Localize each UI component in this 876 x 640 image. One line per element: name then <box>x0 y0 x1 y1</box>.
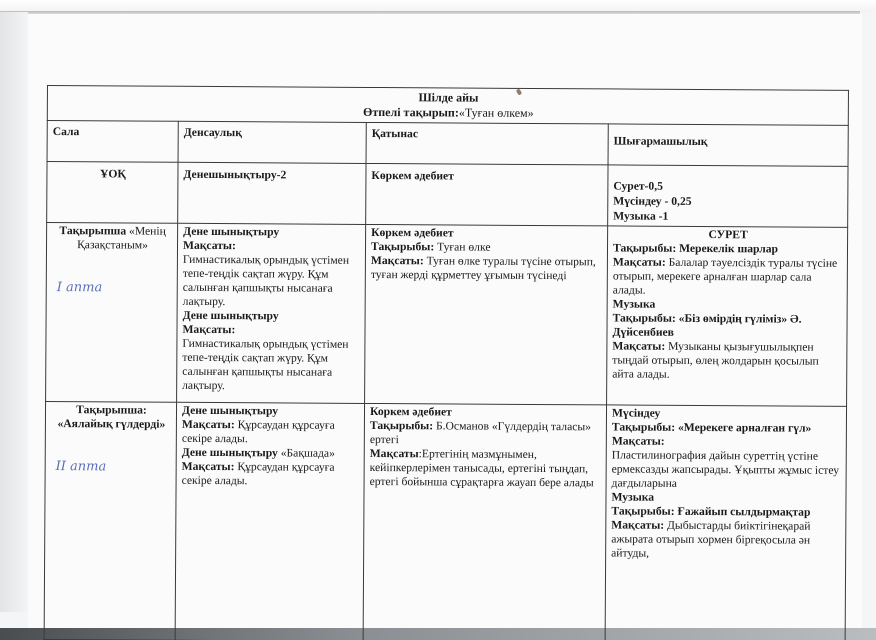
activity-title: Дене шынықтыру <box>183 225 361 240</box>
topic-label: Тақырыбы: <box>612 420 675 433</box>
goal-label: Мақсаты: <box>183 239 361 254</box>
table-title: Шілде айы Өтпелі тақырып:«Туған өлкем» <box>47 86 848 126</box>
health-cell: Дене шынықтыру Мақсаты: Құрсаудан құрсау… <box>175 402 364 640</box>
music-title: Музыка <box>613 297 843 312</box>
music-title: Музыка <box>611 490 841 505</box>
goal-text: Гимнастикалық орындық үстімен тепе-теңді… <box>182 337 360 394</box>
topic-text: Туған өлке <box>434 240 490 253</box>
plan-sheet: Шілде айы Өтпелі тақырып:«Туған өлкем» С… <box>44 85 848 640</box>
topic-value: «Аялайық гүлдерді» <box>51 417 172 432</box>
topic-label: Тақырыбы: <box>613 311 676 324</box>
goal-label: Мақсаты: <box>182 418 235 431</box>
topic-label: Тақырыбы: <box>613 241 676 254</box>
topic-text: «Мерекеге арналған гүл» <box>675 421 811 435</box>
uok-sculpting: Мүсіндеу - 0,25 <box>613 193 843 209</box>
header-row: Сала Денсаулық Қатынас Шығармашылық <box>47 121 848 167</box>
title-row: Шілде айы Өтпелі тақырып:«Туған өлкем» <box>47 86 848 126</box>
communication-cell: Көркем әдебиет Тақырыбы: Туған өлке Мақс… <box>365 224 608 404</box>
header-health: Денсаулық <box>178 121 366 163</box>
topic-label: Тақырыбы: <box>371 240 434 253</box>
activity-title: Дене шынықтыру <box>182 404 360 419</box>
uok-creativity: Сурет-0,5 Мүсіндеу - 0,25 Музыка -1 <box>608 165 848 227</box>
topic-label: Тақырыбы: <box>370 419 433 432</box>
activity-heading: СУРЕТ <box>613 227 843 242</box>
table-row: Тақырыпша «Менің Қазақстаным» I апта Ден… <box>46 223 848 407</box>
weekly-plan-table: Шілде айы Өтпелі тақырып:«Туған өлкем» С… <box>44 85 849 640</box>
goal-label: Мақсаты: <box>182 323 360 338</box>
activity-title: Дене шынықтыру <box>183 309 361 324</box>
topic-text: Мерекелік шарлар <box>676 242 778 256</box>
uok-music: Музыка -1 <box>613 208 843 224</box>
goal-label: Мақсаты: <box>371 254 424 267</box>
uok-label: ҰОҚ <box>47 162 178 224</box>
topic-label: Тақырыпша: <box>51 403 172 418</box>
creativity-cell: Мүсіндеу Тақырыбы: «Мерекеге арналған гү… <box>605 405 846 640</box>
goal-text: Пластилинография дайын суреттің үстіне е… <box>612 448 842 491</box>
theme-label: Өтпелі тақырып: <box>363 105 459 120</box>
topic-label: Тақырыпша <box>59 224 126 237</box>
handwritten-week-note: II апта <box>56 460 107 474</box>
goal-label: Мақсаты: <box>612 339 665 352</box>
uok-communication: Көркем әдебиет <box>366 163 608 225</box>
activity-subtitle: «Бақшада» <box>278 446 335 459</box>
topic-label: Тақырыбы: <box>611 504 674 517</box>
header-area: Сала <box>47 121 178 163</box>
uok-health: Денешынықтыру-2 <box>178 162 366 224</box>
scan-left-edge <box>0 12 28 612</box>
creativity-cell: СУРЕТ Тақырыбы: Мерекелік шарлар Мақсаты… <box>607 226 848 406</box>
activity-heading: Мүсіндеу <box>612 406 842 421</box>
goal-label: Мақсаты: <box>613 255 666 268</box>
goal-label: Мақсаты: <box>182 460 235 473</box>
goal-label: Мақсаты: <box>611 518 664 531</box>
header-communication: Қатынас <box>366 122 608 164</box>
goal-label: Мақсаты <box>370 447 419 460</box>
health-cell: Дене шынықтыру Мақсаты: Гимнастикалық ор… <box>177 223 366 403</box>
theme-value: «Туған өлкем» <box>459 106 534 120</box>
table-row: Тақырыпша: «Аялайық гүлдерді» II апта Де… <box>44 401 846 640</box>
header-creativity: Шығармашылық <box>608 124 848 166</box>
activity-title: Көркем әдебиет <box>371 226 603 241</box>
goal-text: Гимнастикалық орындық үстімен тепе-теңді… <box>183 253 361 310</box>
topic-text: Ғажайып сылдырмақтар <box>675 505 811 519</box>
goal-label: Мақсаты: <box>612 434 842 449</box>
handwritten-week-note: I апта <box>57 281 103 295</box>
topic-cell: Тақырыпша «Менің Қазақстаным» I апта <box>46 223 178 403</box>
uok-row: ҰОҚ Денешынықтыру-2 Көркем әдебиет Сурет… <box>47 162 848 228</box>
topic-cell: Тақырыпша: «Аялайық гүлдерді» II апта <box>44 401 176 640</box>
uok-art: Сурет-0,5 <box>613 178 843 194</box>
communication-cell: Коркем әдебиет Тақырыбы: Б.Османов «Гүлд… <box>363 403 606 640</box>
activity-title: Дене шынықтыру <box>182 446 278 460</box>
activity-title: Коркем әдебиет <box>370 405 602 420</box>
